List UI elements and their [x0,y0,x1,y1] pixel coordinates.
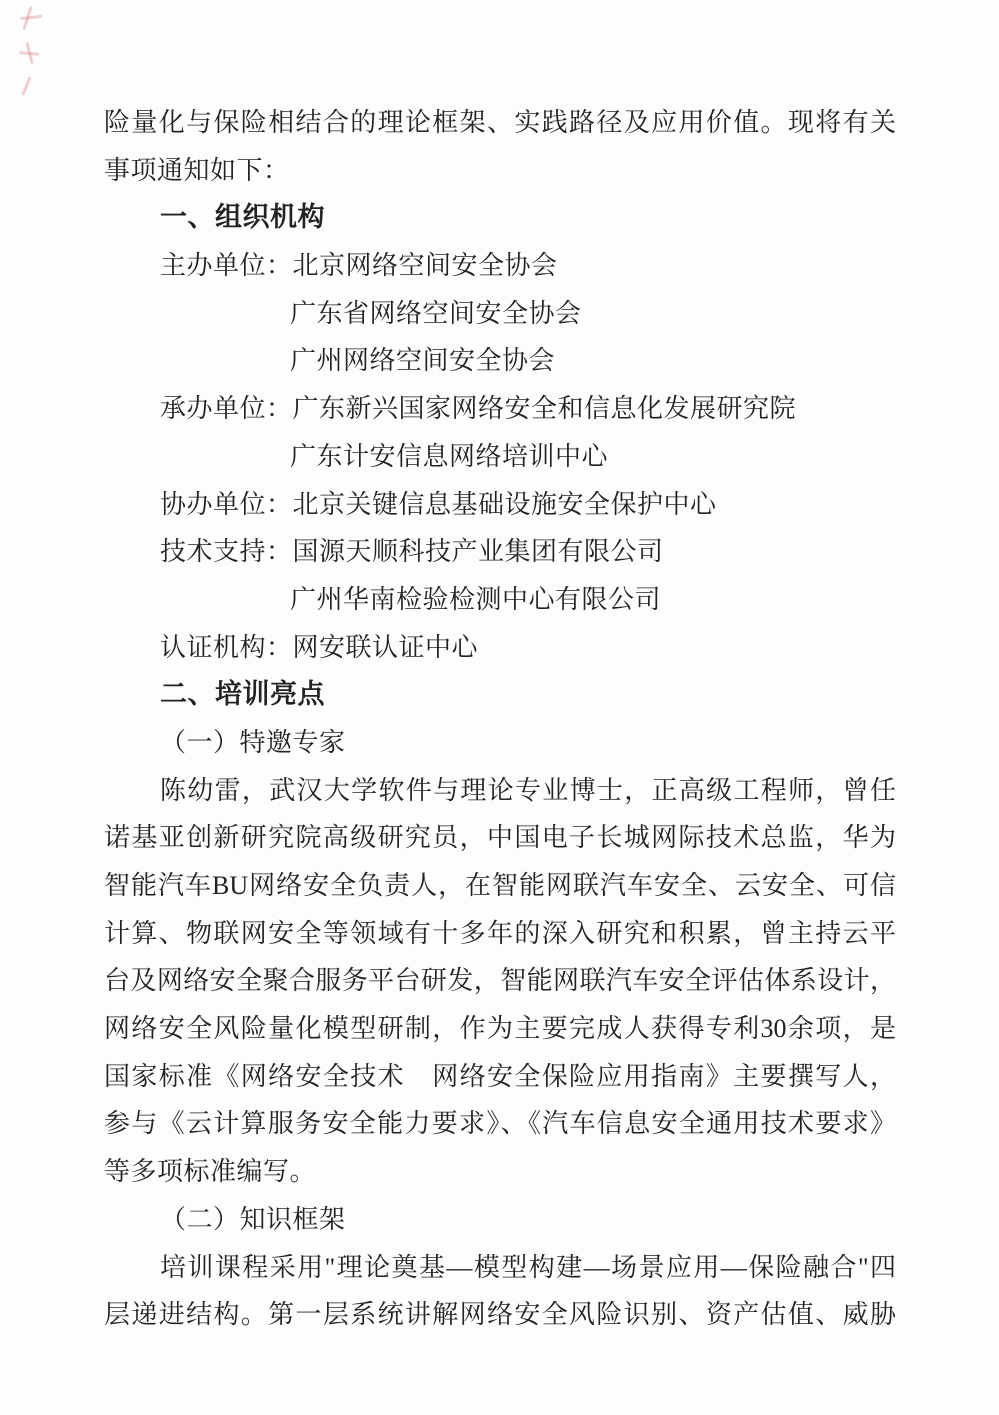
text-line: 险量化与保险相结合的理论框架、实践路径及应用价值。现将有关 [104,99,896,147]
text-line: 主办单位：北京网络空间安全协会 [104,242,896,290]
text-line: 广东计安信息网络培训中心 [104,433,896,481]
text-line: 陈幼雷，武汉大学软件与理论专业博士，正高级工程师，曾任 [104,767,896,815]
text-line: 等多项标准编写。 [104,1148,896,1196]
text-line: 广东省网络空间安全协会 [104,290,896,338]
text-line: 承办单位：广东新兴国家网络安全和信息化发展研究院 [104,385,896,433]
text-line: 广州网络空间安全协会 [104,337,896,385]
text-line: 参与《云计算服务安全能力要求》、《汽车信息安全通用技术要求》 [104,1100,896,1148]
text-line: （一）特邀专家 [104,719,896,767]
text-line: 智能汽车BU网络安全负责人，在智能网联汽车安全、云安全、可信 [104,862,896,910]
text-line: 培训课程采用"理论奠基—模型构建—场景应用—保险融合"四 [104,1244,896,1292]
text-line: 计算、物联网安全等领域有十多年的深入研究和积累，曾主持云平 [104,910,896,958]
text-line: 层递进结构。第一层系统讲解网络安全风险识别、资产估值、威胁 [104,1291,896,1339]
text-line: 二、培训亮点 [104,671,896,719]
text-line: 事项通知如下： [104,147,896,195]
text-line: 诺基亚创新研究院高级研究员，中国电子长城网际技术总监，华为 [104,814,896,862]
text-line: 认证机构：网安联认证中心 [104,624,896,672]
text-line: 国家标准《网络安全技术 网络安全保险应用指南》主要撰写人， [104,1053,896,1101]
text-line: 网络安全风险量化模型研制，作为主要完成人获得专利30余项，是 [104,1005,896,1053]
red-scan-artifact [18,2,58,102]
text-line: 一、组织机构 [104,194,896,242]
text-line: 广州华南检验检测中心有限公司 [104,576,896,624]
text-line: 协办单位：北京关键信息基础设施安全保护中心 [104,481,896,529]
document-page: 险量化与保险相结合的理论框架、实践路径及应用价值。现将有关事项通知如下：一、组织… [0,0,999,1415]
text-line: 台及网络安全聚合服务平台研发，智能网联汽车安全评估体系设计， [104,957,896,1005]
document-content: 险量化与保险相结合的理论框架、实践路径及应用价值。现将有关事项通知如下：一、组织… [104,99,896,1339]
text-line: （二）知识框架 [104,1196,896,1244]
text-line: 技术支持：国源天顺科技产业集团有限公司 [104,528,896,576]
